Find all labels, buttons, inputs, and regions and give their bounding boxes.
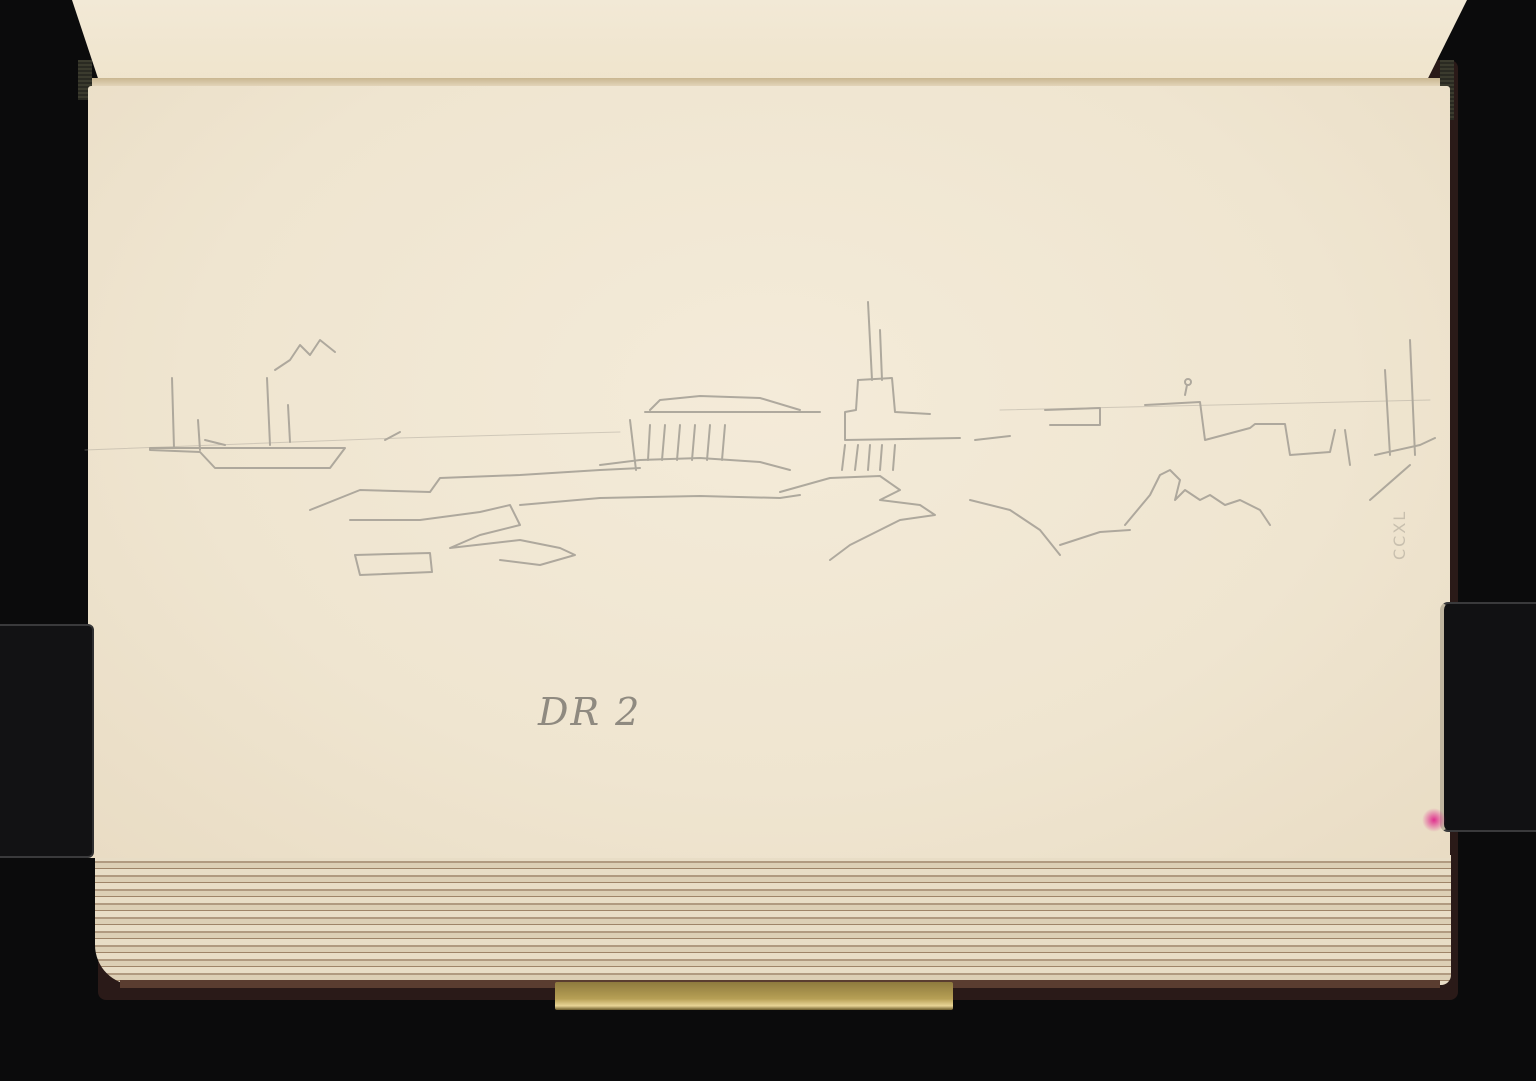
margin-inscription: CCXL [1390, 510, 1409, 560]
handwritten-annotation: DR 2 [538, 690, 641, 734]
book-clip-left [0, 624, 94, 858]
pencil-sketch [0, 0, 1536, 1081]
book-clip-right [1440, 602, 1536, 832]
sketchbook-photo: DR 2 CCXL [0, 0, 1536, 1081]
museum-stamp-mark [1422, 808, 1446, 832]
